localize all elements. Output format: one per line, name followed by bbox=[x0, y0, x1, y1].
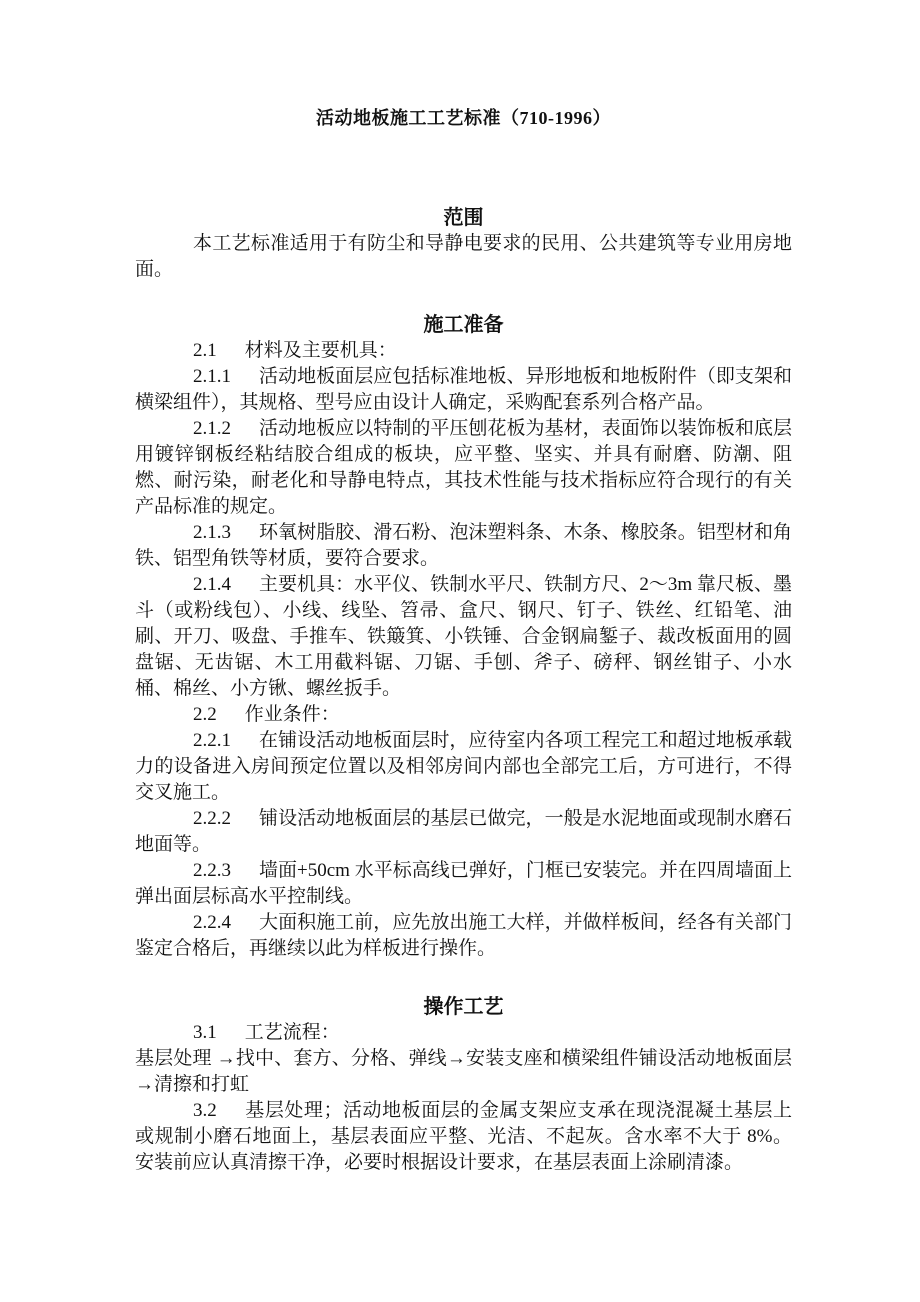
paragraph-2-2: 2.2作业条件： bbox=[135, 702, 792, 728]
paragraph-3-1: 3.1工艺流程： bbox=[135, 1020, 792, 1046]
paragraph-text: 工艺流程： bbox=[245, 1022, 340, 1043]
clause-number: 2.2.2 bbox=[193, 808, 259, 829]
clause-number: 2.1.3 bbox=[193, 522, 259, 543]
clause-number: 2.1 bbox=[193, 340, 245, 361]
clause-number: 2.1.2 bbox=[193, 418, 259, 439]
document-content: 活动地板施工工艺标准（710-1996） 范围 本工艺标准适用于有防尘和导静电要… bbox=[135, 0, 792, 1176]
document-page: 活动地板施工工艺标准（710-1996） 范围 本工艺标准适用于有防尘和导静电要… bbox=[0, 0, 920, 1302]
clause-number: 2.1.1 bbox=[193, 366, 259, 387]
paragraph-2-2-3: 2.2.3墙面+50cm 水平标高线已弹好，门框已安装完。并在四周墙面上弹出面层… bbox=[135, 858, 792, 910]
section-heading-preparation: 施工准备 bbox=[135, 312, 792, 338]
clause-number: 2.2.3 bbox=[193, 860, 259, 881]
paragraph-2-1: 2.1材料及主要机具： bbox=[135, 338, 792, 364]
clause-number: 2.1.4 bbox=[193, 574, 259, 595]
section-heading-scope: 范围 bbox=[135, 205, 792, 231]
clause-number: 3.1 bbox=[193, 1022, 245, 1043]
paragraph-text: 材料及主要机具： bbox=[245, 340, 397, 361]
clause-number: 2.2.4 bbox=[193, 912, 259, 933]
clause-number: 2.2 bbox=[193, 704, 245, 725]
clause-number: 2.2.1 bbox=[193, 730, 259, 751]
document-title: 活动地板施工工艺标准（710-1996） bbox=[135, 105, 792, 131]
paragraph-3-2: 3.2基层处理；活动地板面层的金属支架应支承在现浇混凝土基层上或规制小磨石地面上… bbox=[135, 1098, 792, 1176]
paragraph-2-2-4: 2.2.4大面积施工前，应先放出施工大样，并做样板间，经各有关部门鉴定合格后，再… bbox=[135, 910, 792, 962]
section-heading-process: 操作工艺 bbox=[135, 994, 792, 1020]
paragraph-2-2-2: 2.2.2铺设活动地板面层的基层已做完，一般是水泥地面或现制水磨石地面等。 bbox=[135, 806, 792, 858]
paragraph-text: 本工艺标准适用于有防尘和导静电要求的民用、公共建筑等专业用房地面。 bbox=[135, 233, 792, 280]
paragraph-2-1-4: 2.1.4主要机具：水平仪、铁制水平尺、铁制方尺、2～3m 靠尺板、墨斗（或粉线… bbox=[135, 572, 792, 702]
paragraph-2-1-3: 2.1.3环氧树脂胶、滑石粉、泡沫塑料条、木条、橡胶条。铝型材和角铁、铝型角铁等… bbox=[135, 520, 792, 572]
paragraph-scope-body: 本工艺标准适用于有防尘和导静电要求的民用、公共建筑等专业用房地面。 bbox=[135, 231, 792, 283]
paragraph-text: 基层处理 →找中、套方、分格、弹线→安装支座和横梁组件铺设活动地板面层→清擦和打… bbox=[135, 1048, 792, 1095]
paragraph-2-1-2: 2.1.2活动地板应以特制的平压刨花板为基材，表面饰以装饰板和底层用镀锌钢板经粘… bbox=[135, 416, 792, 520]
paragraph-text: 作业条件： bbox=[245, 704, 340, 725]
paragraph-2-2-1: 2.2.1在铺设活动地板面层时，应待室内各项工程完工和超过地板承载力的设备进入房… bbox=[135, 728, 792, 806]
paragraph-2-1-1: 2.1.1活动地板面层应包括标准地板、异形地板和地板附件（即支架和横梁组件），其… bbox=[135, 364, 792, 416]
clause-number: 3.2 bbox=[193, 1100, 245, 1121]
paragraph-process-flow: 基层处理 →找中、套方、分格、弹线→安装支座和横梁组件铺设活动地板面层→清擦和打… bbox=[135, 1046, 792, 1098]
